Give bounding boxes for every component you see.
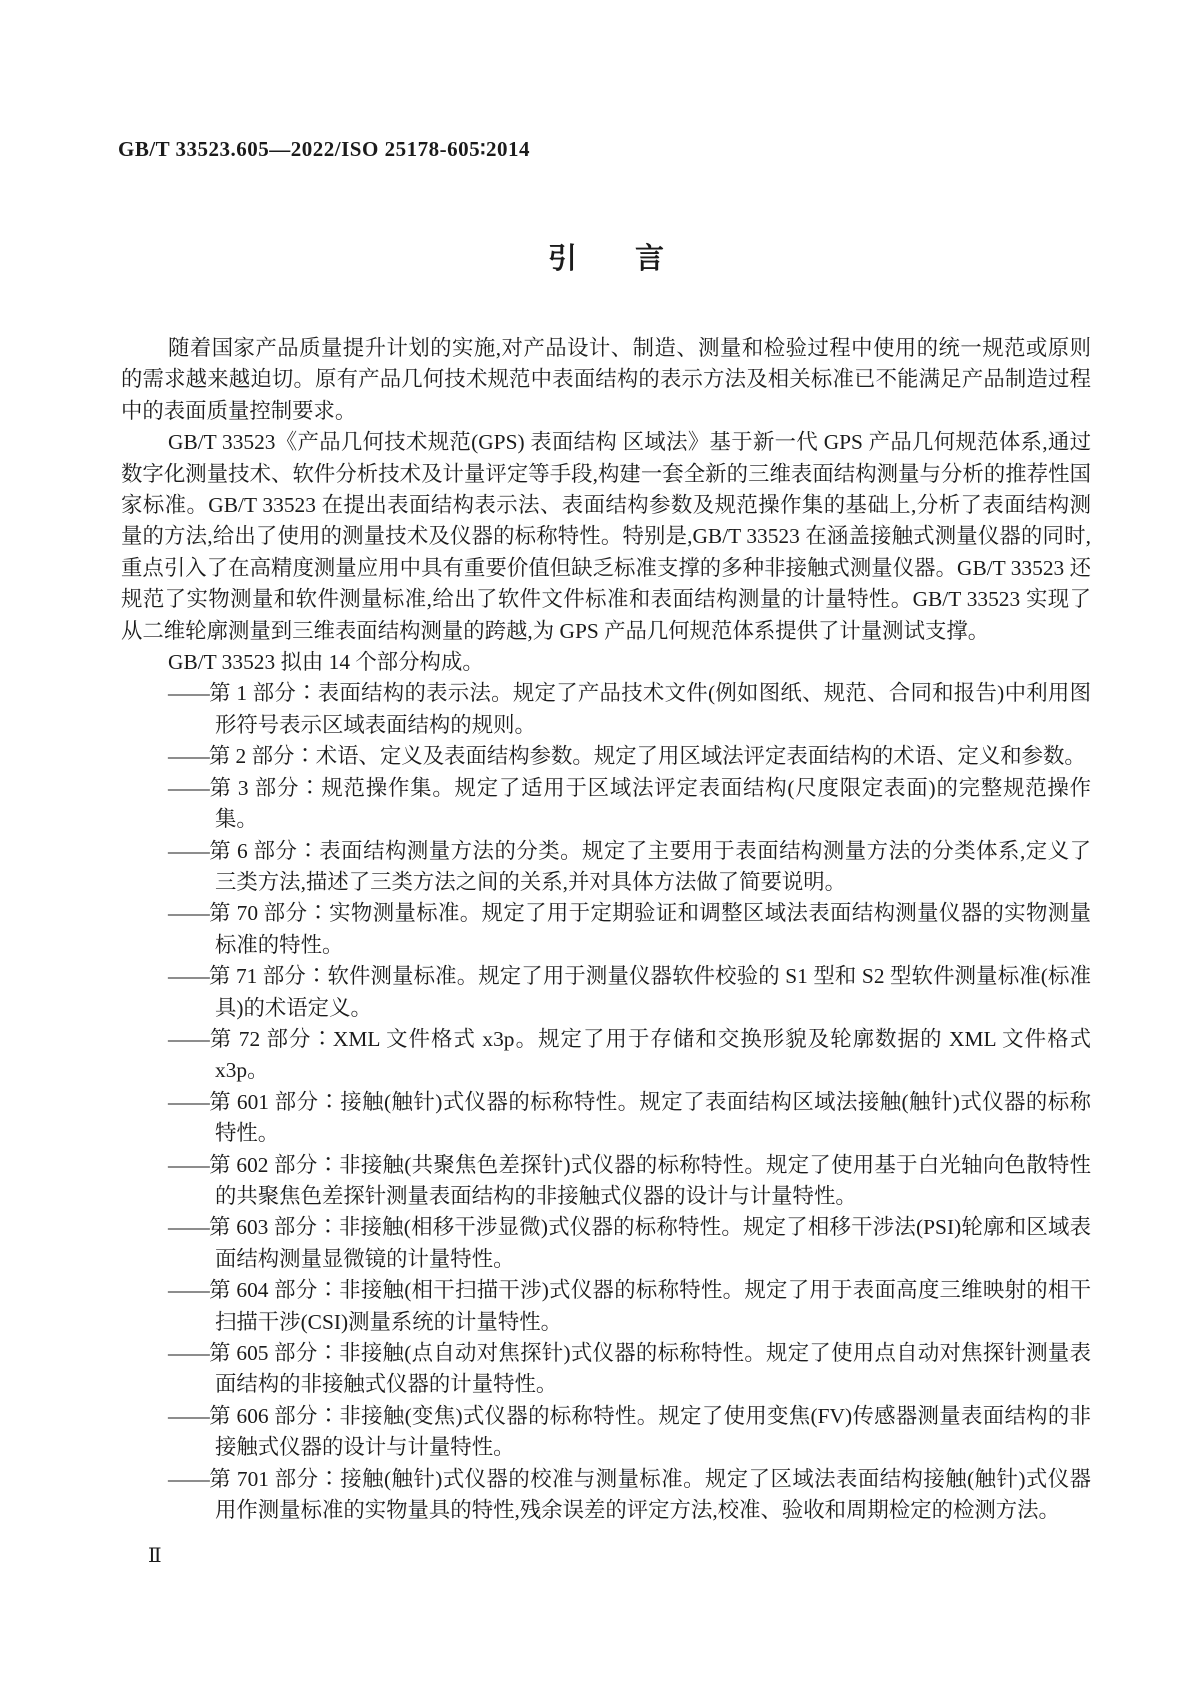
list-item-text: 第 701 部分∶接触(触针)式仪器的校准与测量标准。规定了区域法表面结构接触(… <box>209 1467 1091 1522</box>
list-item-text: 第 605 部分∶非接触(点自动对焦探针)式仪器的标称特性。规定了使用点自动对焦… <box>209 1341 1091 1396</box>
list-item: ——第 604 部分∶非接触(相干扫描干涉)式仪器的标称特性。规定了用于表面高度… <box>121 1275 1091 1338</box>
list-item: ——第 2 部分∶术语、定义及表面结构参数。规定了用区域法评定表面结构的术语、定… <box>121 741 1091 772</box>
list-item-text: 第 603 部分∶非接触(相移干涉显微)式仪器的标称特性。规定了相移干涉法(PS… <box>209 1215 1091 1270</box>
list-item: ——第 603 部分∶非接触(相移干涉显微)式仪器的标称特性。规定了相移干涉法(… <box>121 1212 1091 1275</box>
list-item-text: 第 72 部分∶XML 文件格式 x3p。规定了用于存储和交换形貌及轮廓数据的 … <box>209 1027 1091 1082</box>
page-number: Ⅱ <box>148 1543 162 1568</box>
document-page: GB/T 33523.605—2022/ISO 25178-605∶2014 引… <box>0 0 1191 1684</box>
document-body: 随着国家产品质量提升计划的实施,对产品设计、制造、测量和检验过程中使用的统一规范… <box>121 333 1091 1526</box>
list-item: ——第 701 部分∶接触(触针)式仪器的校准与测量标准。规定了区域法表面结构接… <box>121 1464 1091 1527</box>
list-item-text: 第 602 部分∶非接触(共聚焦色差探针)式仪器的标称特性。规定了使用基于白光轴… <box>209 1153 1091 1208</box>
list-item: ——第 72 部分∶XML 文件格式 x3p。规定了用于存储和交换形貌及轮廓数据… <box>121 1024 1091 1087</box>
list-item-dash: —— <box>168 1153 209 1177</box>
list-item: ——第 1 部分∶表面结构的表示法。规定了产品技术文件(例如图纸、规范、合同和报… <box>121 678 1091 741</box>
list-item: ——第 70 部分∶实物测量标准。规定了用于定期验证和调整区域法表面结构测量仪器… <box>121 898 1091 961</box>
list-item-dash: —— <box>168 964 209 988</box>
list-item: ——第 605 部分∶非接触(点自动对焦探针)式仪器的标称特性。规定了使用点自动… <box>121 1338 1091 1401</box>
list-item: ——第 3 部分∶规范操作集。规定了适用于区域法评定表面结构(尺度限定表面)的完… <box>121 773 1091 836</box>
list-item-dash: —— <box>168 1341 209 1365</box>
list-item-dash: —— <box>168 744 209 768</box>
page-title: 引 言 <box>121 236 1091 277</box>
list-item: ——第 602 部分∶非接触(共聚焦色差探针)式仪器的标称特性。规定了使用基于白… <box>121 1150 1091 1213</box>
list-item: ——第 601 部分∶接触(触针)式仪器的标称特性。规定了表面结构区域法接触(触… <box>121 1087 1091 1150</box>
list-item-dash: —— <box>168 776 209 800</box>
list-item-text: 第 3 部分∶规范操作集。规定了适用于区域法评定表面结构(尺度限定表面)的完整规… <box>209 776 1091 831</box>
list-item-dash: —— <box>168 1215 209 1239</box>
list-item-text: 第 6 部分∶表面结构测量方法的分类。规定了主要用于表面结构测量方法的分类体系,… <box>209 839 1091 894</box>
list-item-dash: —— <box>168 1090 209 1114</box>
list-item: ——第 71 部分∶软件测量标准。规定了用于测量仪器软件校验的 S1 型和 S2… <box>121 961 1091 1024</box>
list-item-text: 第 1 部分∶表面结构的表示法。规定了产品技术文件(例如图纸、规范、合同和报告)… <box>209 681 1091 736</box>
list-item: ——第 6 部分∶表面结构测量方法的分类。规定了主要用于表面结构测量方法的分类体… <box>121 836 1091 899</box>
list-item-dash: —— <box>168 1404 209 1428</box>
intro-paragraph: 随着国家产品质量提升计划的实施,对产品设计、制造、测量和检验过程中使用的统一规范… <box>121 333 1091 427</box>
list-item-dash: —— <box>168 1278 209 1302</box>
list-item-text: 第 2 部分∶术语、定义及表面结构参数。规定了用区域法评定表面结构的术语、定义和… <box>209 744 1086 768</box>
list-item-dash: —— <box>168 901 209 925</box>
list-item-text: 第 601 部分∶接触(触针)式仪器的标称特性。规定了表面结构区域法接触(触针)… <box>209 1090 1091 1145</box>
list-item-dash: —— <box>168 681 209 705</box>
standard-number-header: GB/T 33523.605—2022/ISO 25178-605∶2014 <box>118 137 530 162</box>
list-item-dash: —— <box>168 1467 209 1491</box>
intro-paragraph: GB/T 33523《产品几何技术规范(GPS) 表面结构 区域法》基于新一代 … <box>121 427 1091 647</box>
list-item-text: 第 604 部分∶非接触(相干扫描干涉)式仪器的标称特性。规定了用于表面高度三维… <box>209 1278 1091 1333</box>
list-item-dash: —— <box>168 839 209 863</box>
list-item-text: 第 71 部分∶软件测量标准。规定了用于测量仪器软件校验的 S1 型和 S2 型… <box>209 964 1091 1019</box>
intro-paragraph: GB/T 33523 拟由 14 个部分构成。 <box>121 647 1091 678</box>
list-item-text: 第 606 部分∶非接触(变焦)式仪器的标称特性。规定了使用变焦(FV)传感器测… <box>209 1404 1091 1459</box>
list-item-text: 第 70 部分∶实物测量标准。规定了用于定期验证和调整区域法表面结构测量仪器的实… <box>209 901 1091 956</box>
list-item: ——第 606 部分∶非接触(变焦)式仪器的标称特性。规定了使用变焦(FV)传感… <box>121 1401 1091 1464</box>
list-item-dash: —— <box>168 1027 209 1051</box>
